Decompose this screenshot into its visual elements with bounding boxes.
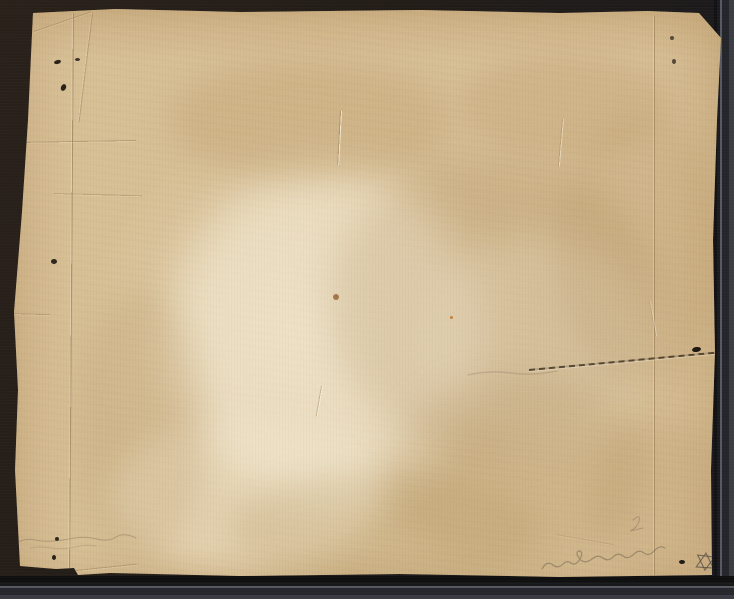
pencil-mark-2 (630, 517, 643, 531)
pencil-marks-layer (0, 0, 734, 599)
pencil-smudge-under-tear (468, 371, 557, 375)
star-doodle-triangle-up (696, 552, 715, 569)
pencil-scribble-bottom-left-2 (30, 545, 96, 549)
card-holder-bottom-edge (0, 576, 734, 599)
photo-aged-paper-in-card-holder (0, 0, 734, 599)
paper (0, 0, 734, 599)
pencil-inscription-bottom-right (542, 547, 665, 569)
pencil-scribble-bottom-left (18, 535, 136, 542)
